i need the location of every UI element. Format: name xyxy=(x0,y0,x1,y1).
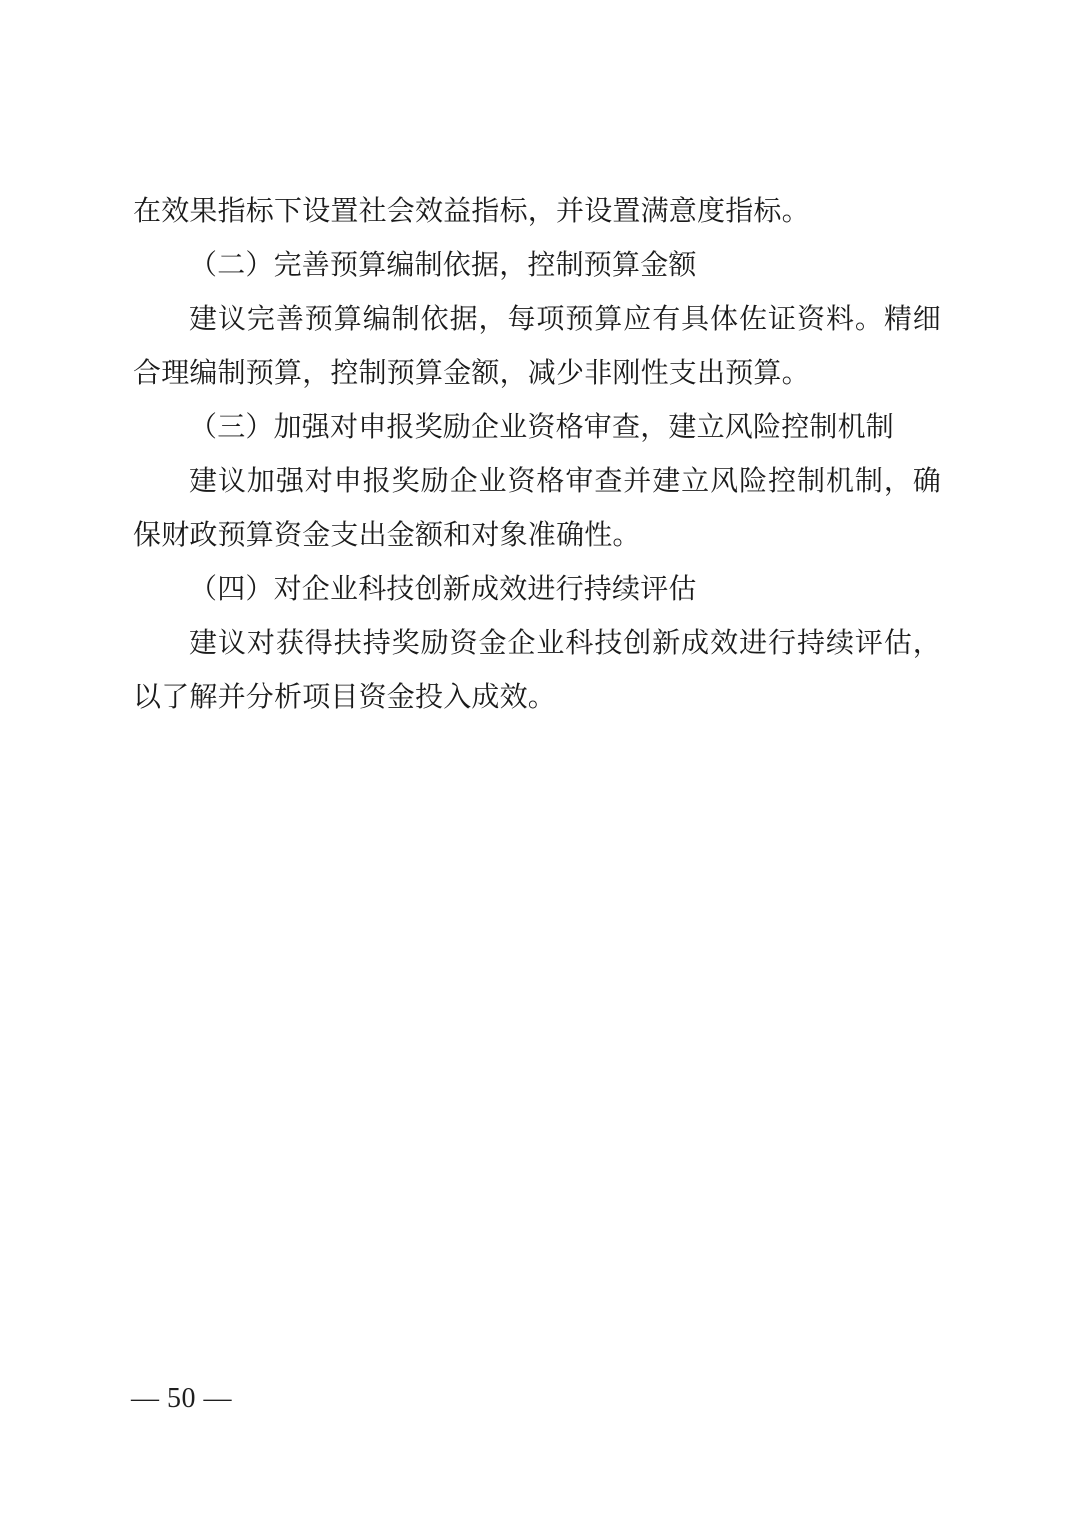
section-heading-4: （四）对企业科技创新成效进行持续评估 xyxy=(133,563,941,617)
section-heading-3: （三）加强对申报奖励企业资格审查，建立风险控制机制 xyxy=(133,401,941,455)
page-number: — 50 — xyxy=(131,1383,232,1414)
paragraph-line: 建议完善预算编制依据，每项预算应有具体佐证资料。精细 xyxy=(133,293,941,347)
paragraph-line: 保财政预算资金支出金额和对象准确性。 xyxy=(133,509,941,563)
paragraph-line: 合理编制预算，控制预算金额，减少非刚性支出预算。 xyxy=(133,347,941,401)
paragraph-line: 建议对获得扶持奖励资金企业科技创新成效进行持续评估， xyxy=(133,617,941,671)
document-body: 在效果指标下设置社会效益指标，并设置满意度指标。 （二）完善预算编制依据，控制预… xyxy=(133,185,941,725)
paragraph-line: 建议加强对申报奖励企业资格审查并建立风险控制机制，确 xyxy=(133,455,941,509)
page-footer: — 50 — xyxy=(131,1384,232,1414)
document-page: 在效果指标下设置社会效益指标，并设置满意度指标。 （二）完善预算编制依据，控制预… xyxy=(0,0,1074,1520)
paragraph-line: 以了解并分析项目资金投入成效。 xyxy=(133,671,941,725)
section-heading-2: （二）完善预算编制依据，控制预算金额 xyxy=(133,239,941,293)
paragraph-continuation-line: 在效果指标下设置社会效益指标，并设置满意度指标。 xyxy=(133,185,941,239)
